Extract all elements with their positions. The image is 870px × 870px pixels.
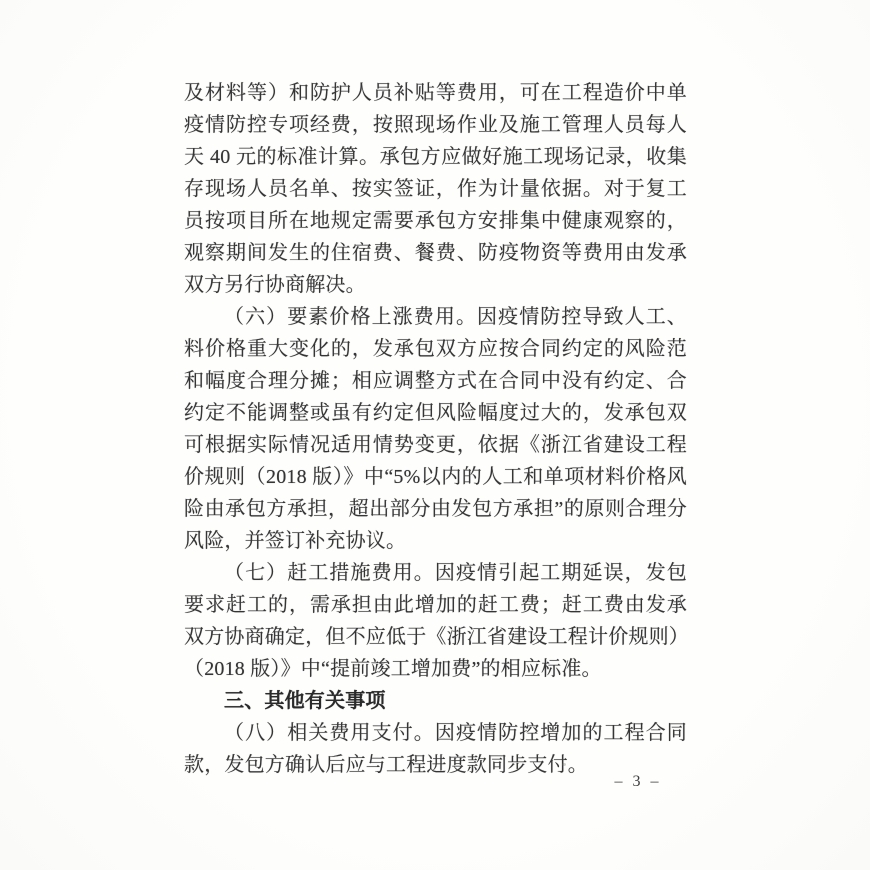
body-line: 料价格重大变化的，发承包双方应按合同约定的风险范围 [184,333,687,365]
body-line: 可根据实际情况适用情势变更，依据《浙江省建设工程计 [184,429,687,461]
body-line: 和幅度合理分摊；相应调整方式在合同中没有约定、合同 [184,365,687,397]
body-line: 风险，并签订补充协议。 [184,525,687,557]
body-line: 险由承包方承担，超出部分由发包方承担”的原则合理分担 [184,493,687,525]
body-line: 要求赶工的，需承担由此增加的赶工费；赶工费由发承包 [184,589,687,621]
body-line: 观察期间发生的住宿费、餐费、防疫物资等费用由发承包 [184,237,687,269]
body-line: 双方协商确定，但不应低于《浙江省建设工程计价规则） [184,621,687,653]
scan-artifact [562,763,566,766]
document-page: 及材料等）和防护人员补贴等费用，可在工程造价中单列 疫情防控专项经费，按照现场作… [0,0,870,870]
body-line: 存现场人员名单、按实签证，作为计量依据。对于复工人 [184,173,687,205]
body-line: 价规则（2018 版）》中“5%以内的人工和单项材料价格风 [184,461,687,493]
body-line: 及材料等）和防护人员补贴等费用，可在工程造价中单列 [184,77,687,109]
body-line-item-seven-start: （七）赶工措施费用。因疫情引起工期延误，发包人 [184,557,687,589]
body-line: 双方另行协商解决。 [184,269,687,301]
body-line: 员按项目所在地规定需要承包方安排集中健康观察的，在 [184,205,687,237]
body-line: 约定不能调整或虽有约定但风险幅度过大的，发承包双方 [184,397,687,429]
body-line-item-six-start: （六）要素价格上涨费用。因疫情防控导致人工、材 [184,301,687,333]
section-heading: 三、其他有关事项 [184,685,687,717]
page-number: – 3 – [598,770,678,794]
body-line: 天 40 元的标准计算。承包方应做好施工现场记录，收集保 [184,141,687,173]
body-line: 疫情防控专项经费，按照现场作业及施工管理人员每人每 [184,109,687,141]
body-line: （2018 版）》中“提前竣工增加费”的相应标准。 [184,653,687,685]
body-line-item-eight-start: （八）相关费用支付。因疫情防控增加的工程合同价 [184,717,687,749]
document-text-block: 及材料等）和防护人员补贴等费用，可在工程造价中单列 疫情防控专项经费，按照现场作… [184,77,687,781]
